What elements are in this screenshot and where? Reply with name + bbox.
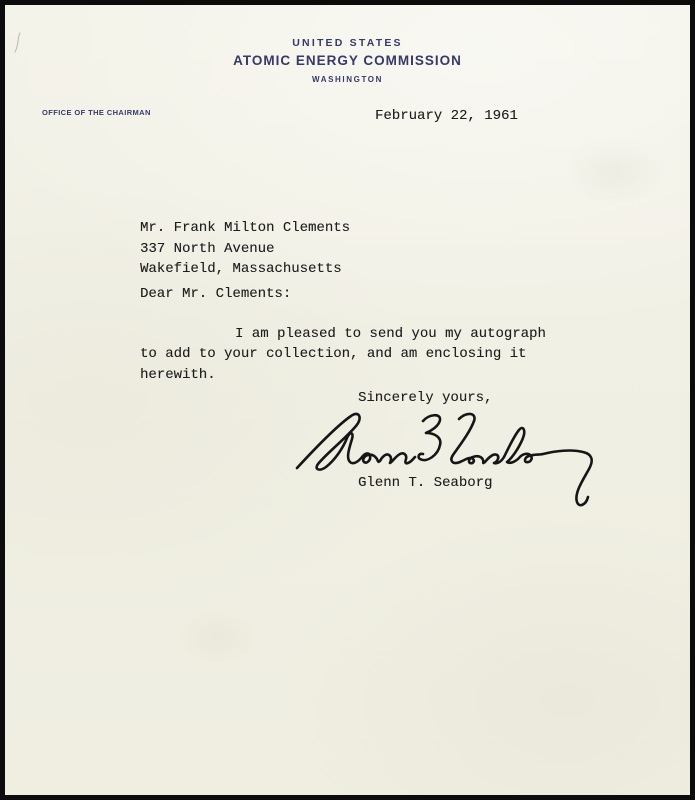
office-of-chairman-line: OFFICE OF THE CHAIRMAN bbox=[42, 108, 151, 117]
salutation: Dear Mr. Clements: bbox=[140, 286, 291, 302]
typed-signature-name: Glenn T. Seaborg bbox=[358, 475, 492, 491]
letter-body: I am pleased to send you my autograph to… bbox=[140, 324, 546, 385]
body-line-1: I am pleased to send you my autograph bbox=[140, 324, 546, 344]
body-line-2: to add to your collection, and am enclos… bbox=[140, 344, 546, 364]
letter-paper: UNITED STATES ATOMIC ENERGY COMMISSION W… bbox=[5, 5, 690, 795]
letterhead: UNITED STATES ATOMIC ENERGY COMMISSION W… bbox=[5, 38, 690, 84]
signature-autograph bbox=[293, 407, 608, 511]
body-line-3: herewith. bbox=[140, 365, 546, 385]
letterhead-city: WASHINGTON bbox=[5, 75, 690, 84]
photo-frame: UNITED STATES ATOMIC ENERGY COMMISSION W… bbox=[0, 0, 695, 800]
letterhead-agency: ATOMIC ENERGY COMMISSION bbox=[5, 53, 690, 68]
recipient-street: 337 North Avenue bbox=[140, 239, 350, 260]
letterhead-country: UNITED STATES bbox=[5, 38, 690, 49]
recipient-city-state: Wakefield, Massachusetts bbox=[140, 259, 350, 280]
recipient-address-block: Mr. Frank Milton Clements 337 North Aven… bbox=[140, 218, 350, 280]
recipient-name: Mr. Frank Milton Clements bbox=[140, 218, 350, 239]
closing: Sincerely yours, bbox=[358, 390, 492, 406]
date-line: February 22, 1961 bbox=[375, 108, 518, 124]
